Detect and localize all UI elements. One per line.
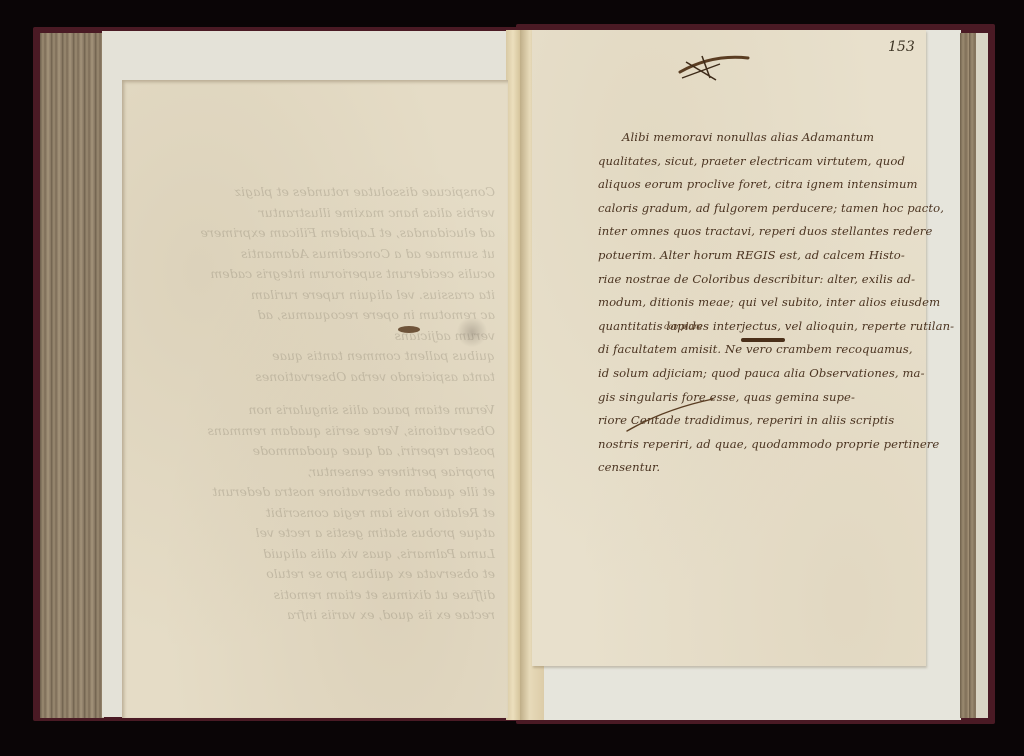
text-line: inter omnes quos tractavi, reperi duos s…	[598, 220, 928, 244]
ghost-line: propriae pertinere censentur,	[130, 462, 495, 483]
ink-blot	[398, 326, 420, 333]
ghost-line: ac remotum in opere recoquamus, ad	[130, 305, 495, 326]
text-line: qualitates, sicut, praeter electricam vi…	[598, 150, 928, 174]
closing-flourish-icon	[625, 395, 715, 435]
bleed-through-text-3: Verum etiam pauca aliis singularis non O…	[130, 400, 495, 626]
fore-edge-left	[40, 33, 104, 718]
ghost-line: quibus pallent commen tantis quae	[130, 346, 495, 367]
text-line: Alibi memoravi nonullas alias Adamantum	[598, 126, 928, 150]
bleed-through-text-1: Conspicuae dissolutae rotundes et plagiz…	[145, 182, 495, 305]
ghost-line: verum adjicians	[130, 326, 495, 347]
folio-number: 153	[888, 39, 915, 55]
ghost-line: Verum etiam pauca aliis singularis non	[130, 400, 495, 421]
struck-out-word	[741, 338, 785, 342]
ghost-line: et Relatio novis iam regia conscribit	[130, 503, 495, 524]
ghost-line: verbis alias hanc maxime illustrantur	[145, 203, 495, 224]
text-line: potuerim. Alter horum REGIS est, ad calc…	[598, 244, 928, 268]
fore-edge-right-light	[976, 33, 988, 718]
ghost-line: Luma Palmaris, quas vix aliis aliquid	[130, 544, 495, 565]
ghost-line: et observata ex quibus pro se retulo	[130, 564, 495, 585]
interlinear-insertion: complura	[664, 322, 702, 331]
text-line: riae nostrae de Coloribus describitur: a…	[598, 268, 928, 292]
text-line: id solum adjiciam; quod pauca alia Obser…	[598, 362, 928, 386]
ghost-line: oculis ceciderunt superiorum integris ca…	[145, 264, 495, 285]
cross-out-flourish-icon	[672, 50, 752, 84]
ink-smudge	[457, 316, 487, 348]
fore-edge-right	[960, 33, 976, 718]
ghost-line: ad elucidandas, et Lapidem Filicam expri…	[145, 223, 495, 244]
ghost-line: et ille quadam observatione nostra deder…	[130, 482, 495, 503]
bleed-through-text-2: ac remotum in opere recoquamus, ad verum…	[130, 305, 495, 387]
ghost-line: postea reperiri, ad quae quodammode	[130, 441, 495, 462]
ghost-line: diffuse ut diximus et etiam remotis	[130, 585, 495, 606]
ghost-line: atque probus statim gestis a recte vel	[130, 523, 495, 544]
ghost-line: ita crassius. vel aliquin rupere rurilam	[145, 285, 495, 306]
ghost-line: Observationis, Verae seriis quadam remma…	[130, 421, 495, 442]
ghost-line: Conspicuae dissolutae rotundes et plagiz	[145, 182, 495, 203]
text-line: censentur.	[598, 456, 928, 480]
ghost-line: rectae ex iis quod, ex variis infra	[130, 605, 495, 626]
gutter-strip-left	[506, 30, 520, 720]
ghost-line: ut summae ad a Concedimus Adamantis	[145, 244, 495, 265]
text-line: quantitatis lapides interjectus, vel ali…	[598, 315, 928, 339]
ghost-line: tanta aspiciendo verba Observationes	[130, 367, 495, 388]
text-line: nostris reperiri, ad quae, quodammodo pr…	[598, 433, 928, 457]
text-line: modum, ditionis meae; qui vel subito, in…	[598, 291, 928, 315]
text-line: caloris gradum, ad fulgorem perducere; t…	[598, 197, 928, 221]
text-line: aliquos eorum proclive foret, citra igne…	[598, 173, 928, 197]
